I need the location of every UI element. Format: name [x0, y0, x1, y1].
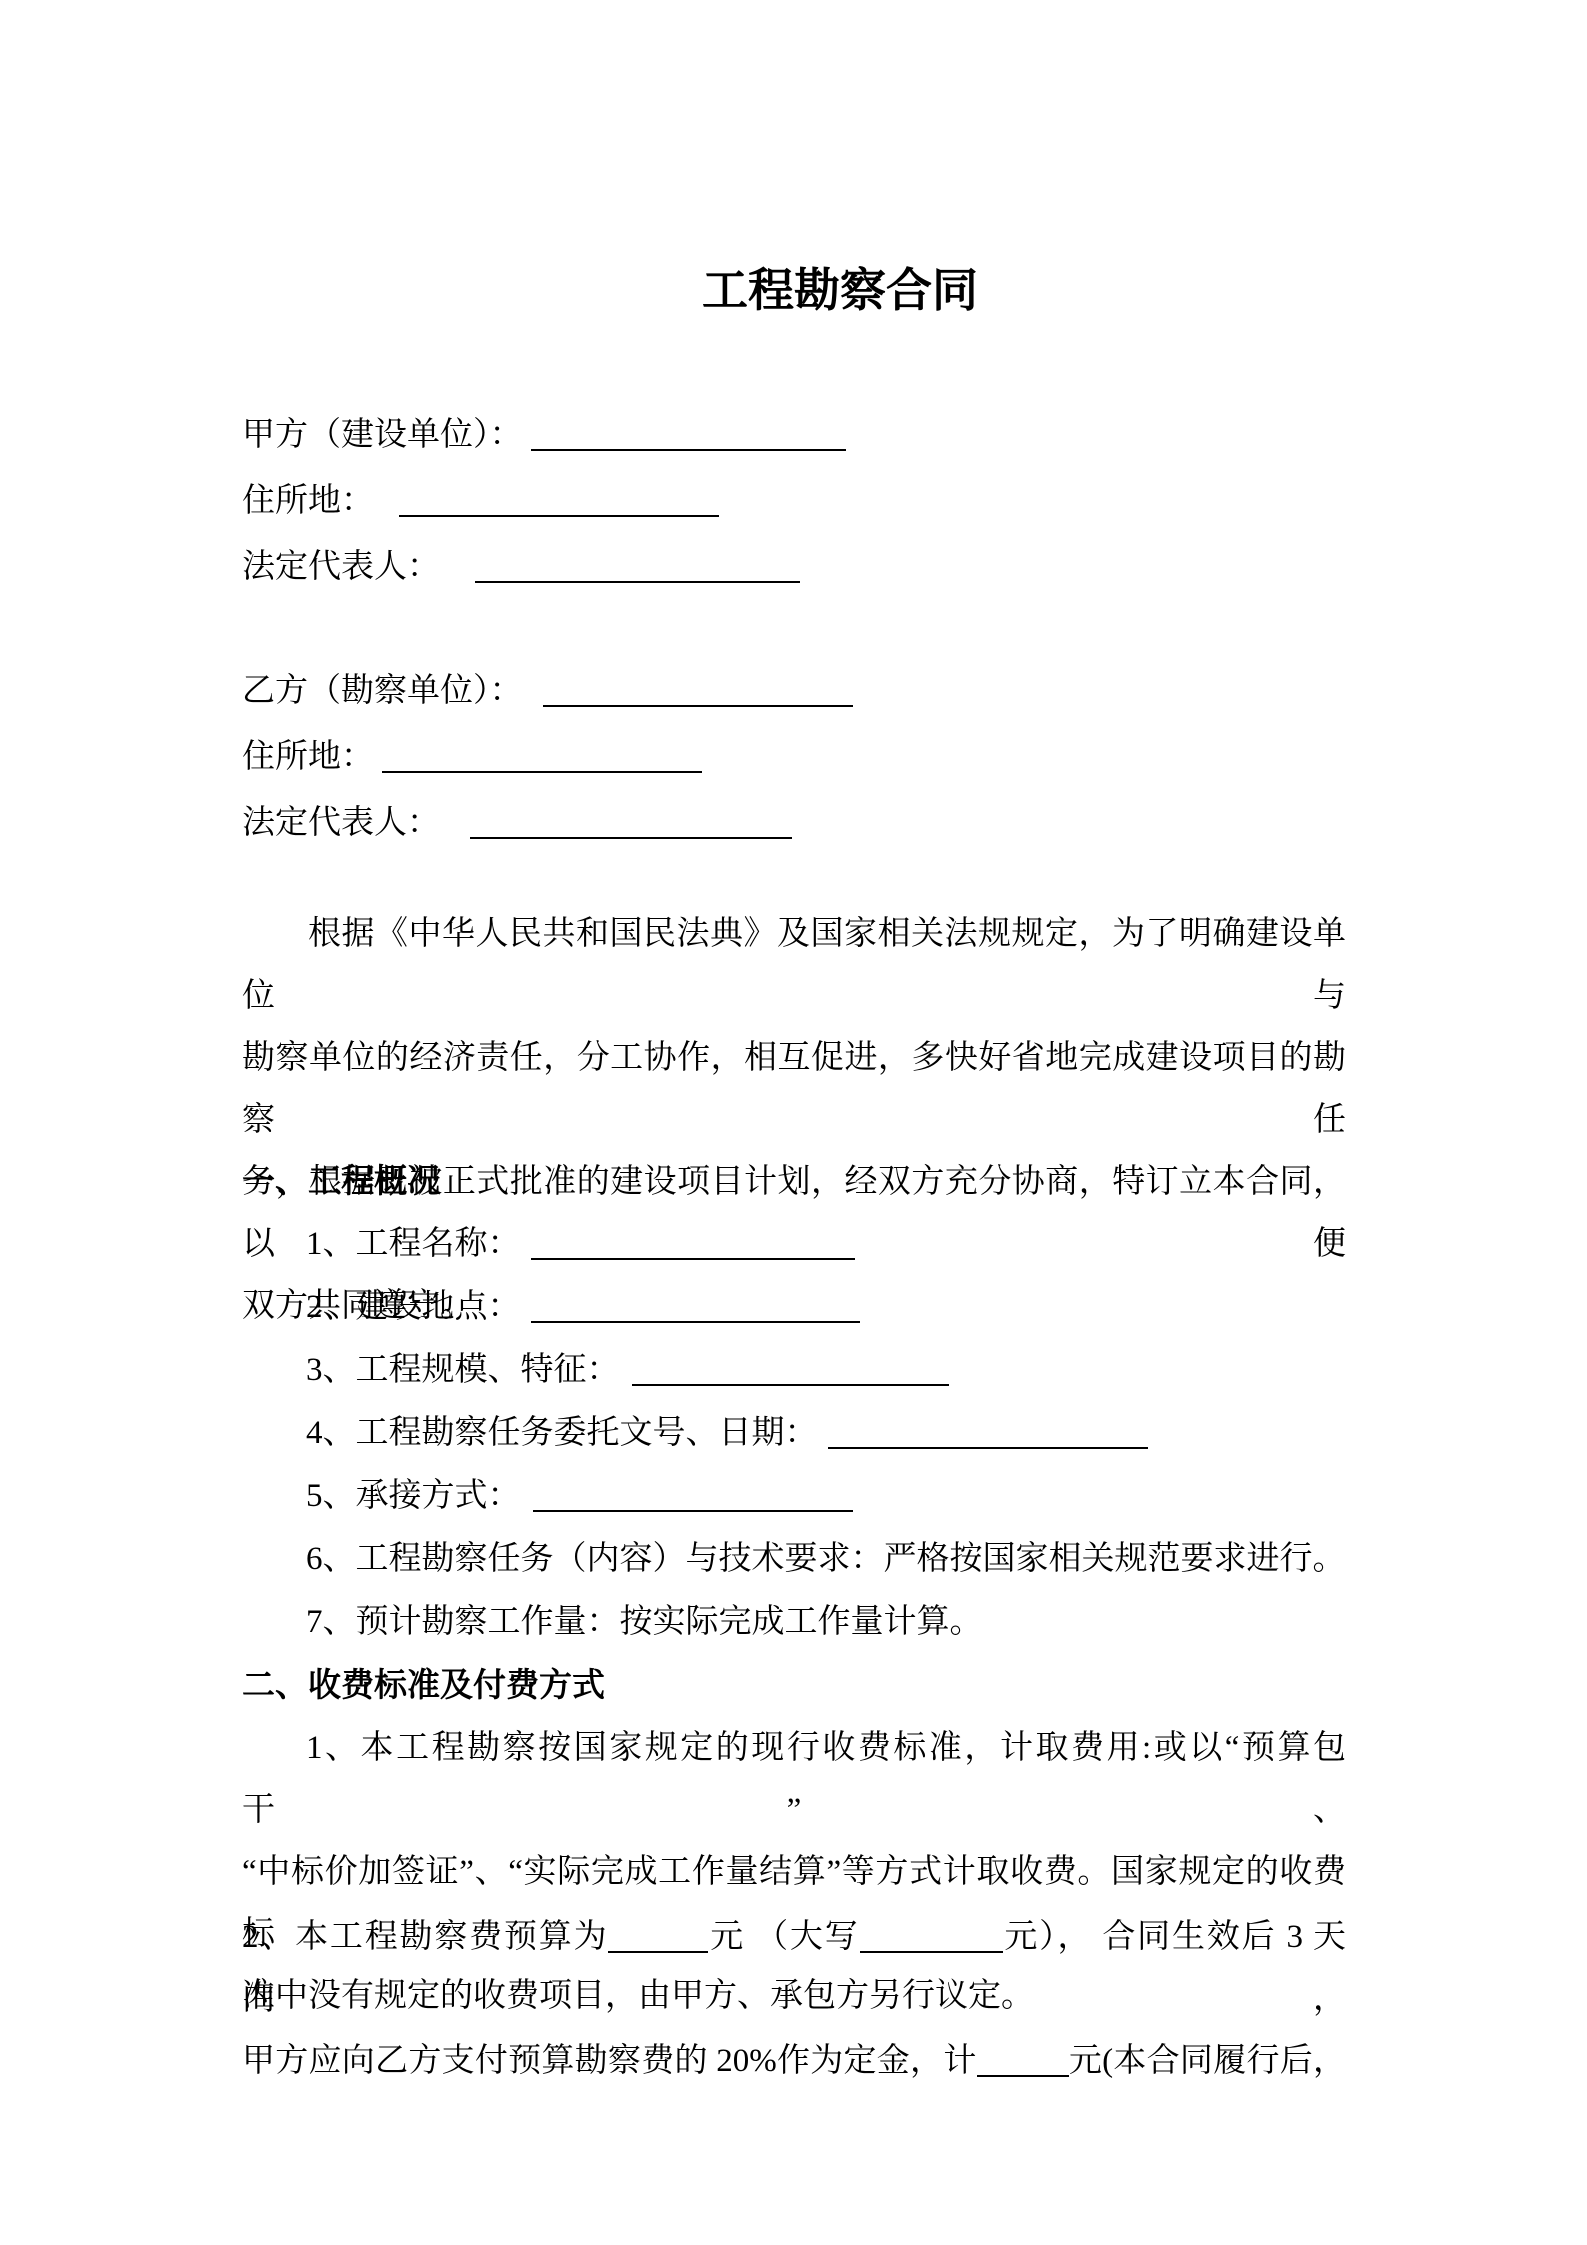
list-item: 7、预计勘察工作量：按实际完成工作量计算。 [242, 1591, 1346, 1654]
section2-paragraph-2: 2、本工程勘察费预算为元 （大写元）， 合同生效后 3 天内， 甲方应向乙方支付… [242, 1906, 1346, 2092]
party-b-legal-rep-label: 法定代表人： [242, 805, 440, 841]
item-label: 3、工程规模、特征： [306, 1352, 620, 1388]
preamble-line: 勘察单位的经济责任，分工协作，相互促进，多快好省地完成建设项目的勘察任 [242, 1027, 1346, 1151]
item-value: 按实际完成工作量计算。 [620, 1604, 983, 1640]
item-blank-line [533, 1480, 853, 1512]
section1-heading: 一、工程概况 [242, 1151, 1346, 1213]
party-a-address-blank-line [399, 485, 719, 517]
document-title: 工程勘察合同 [242, 260, 1346, 322]
party-b-name-line: 乙方（勘察单位）： [242, 658, 1346, 724]
party-a-block: 甲方（建设单位）： 住所地： 法定代表人： [242, 402, 1346, 600]
para2-text: 元 （大写 [708, 1919, 859, 1955]
item-label: 1、工程名称： [306, 1226, 521, 1262]
party-b-address-label: 住所地： [242, 739, 374, 775]
party-b-address-line: 住所地： [242, 724, 1346, 790]
item-blank-line [828, 1417, 1148, 1449]
party-b-name-label: 乙方（勘察单位）： [242, 673, 523, 709]
party-a-name-label: 甲方（建设单位）： [242, 417, 523, 453]
party-a-address-label: 住所地： [242, 483, 374, 519]
list-item: 1、工程名称： [242, 1213, 1346, 1276]
list-item: 4、工程勘察任务委托文号、日期： [242, 1402, 1346, 1465]
para2-text: 甲方应向乙方支付预算勘察费的 20%作为定金，计 [242, 2043, 977, 2079]
party-b-legal-rep-blank-line [470, 807, 792, 839]
para2-text: 2、本工程勘察费预算为 [242, 1919, 608, 1955]
party-a-legal-rep-blank-line [475, 551, 800, 583]
amount-words-blank-line [860, 1921, 1003, 1953]
party-a-legal-rep-label: 法定代表人： [242, 549, 440, 585]
party-b-block: 乙方（勘察单位）： 住所地： 法定代表人： [242, 658, 1346, 856]
party-b-legal-rep-line: 法定代表人： [242, 790, 1346, 856]
party-a-address-line: 住所地： [242, 468, 1346, 534]
item-label: 5、承接方式： [306, 1478, 521, 1514]
item-label: 6、工程勘察任务（内容）与技术要求： [306, 1541, 884, 1577]
item-label: 2、建设地点： [306, 1289, 521, 1325]
section2-para1-line: 1、本工程勘察按国家规定的现行收费标准，计取费用:或以“预算包干”、 [242, 1717, 1346, 1841]
item-label: 4、工程勘察任务委托文号、日期： [306, 1415, 818, 1451]
item-label: 7、预计勘察工作量： [306, 1604, 620, 1640]
party-a-name-blank-line [531, 419, 846, 451]
section1-items: 1、工程名称： 2、建设地点： 3、工程规模、特征： 4、工程勘察任务委托文号、… [242, 1213, 1346, 1654]
party-b-name-blank-line [543, 675, 853, 707]
contract-document-page: 工程勘察合同 甲方（建设单位）： 住所地： 法定代表人： 乙方（勘察单位）： 住… [0, 0, 1587, 2245]
party-b-address-blank-line [382, 741, 702, 773]
item-value: 严格按国家相关规范要求进行。 [884, 1541, 1346, 1577]
section2-heading: 二、收费标准及付费方式 [242, 1655, 1346, 1717]
section2-para2-line: 甲方应向乙方支付预算勘察费的 20%作为定金，计元(本合同履行后， [242, 2030, 1346, 2092]
item-blank-line [531, 1291, 860, 1323]
item-blank-line [531, 1228, 855, 1260]
preamble-line: 根据《中华人民共和国民法典》及国家相关法规规定，为了明确建设单位与 [242, 903, 1346, 1027]
party-a-legal-rep-line: 法定代表人： [242, 534, 1346, 600]
amount-blank-line [608, 1921, 708, 1953]
list-item: 6、工程勘察任务（内容）与技术要求：严格按国家相关规范要求进行。 [242, 1528, 1346, 1591]
item-blank-line [632, 1354, 949, 1386]
list-item: 2、建设地点： [242, 1276, 1346, 1339]
para2-text: 元(本合同履行后， [1069, 2043, 1346, 2079]
deposit-blank-line [977, 2045, 1069, 2077]
list-item: 5、承接方式： [242, 1465, 1346, 1528]
party-a-name-line: 甲方（建设单位）： [242, 402, 1346, 468]
list-item: 3、工程规模、特征： [242, 1339, 1346, 1402]
section2-para2-line: 2、本工程勘察费预算为元 （大写元）， 合同生效后 3 天内， [242, 1906, 1346, 2030]
